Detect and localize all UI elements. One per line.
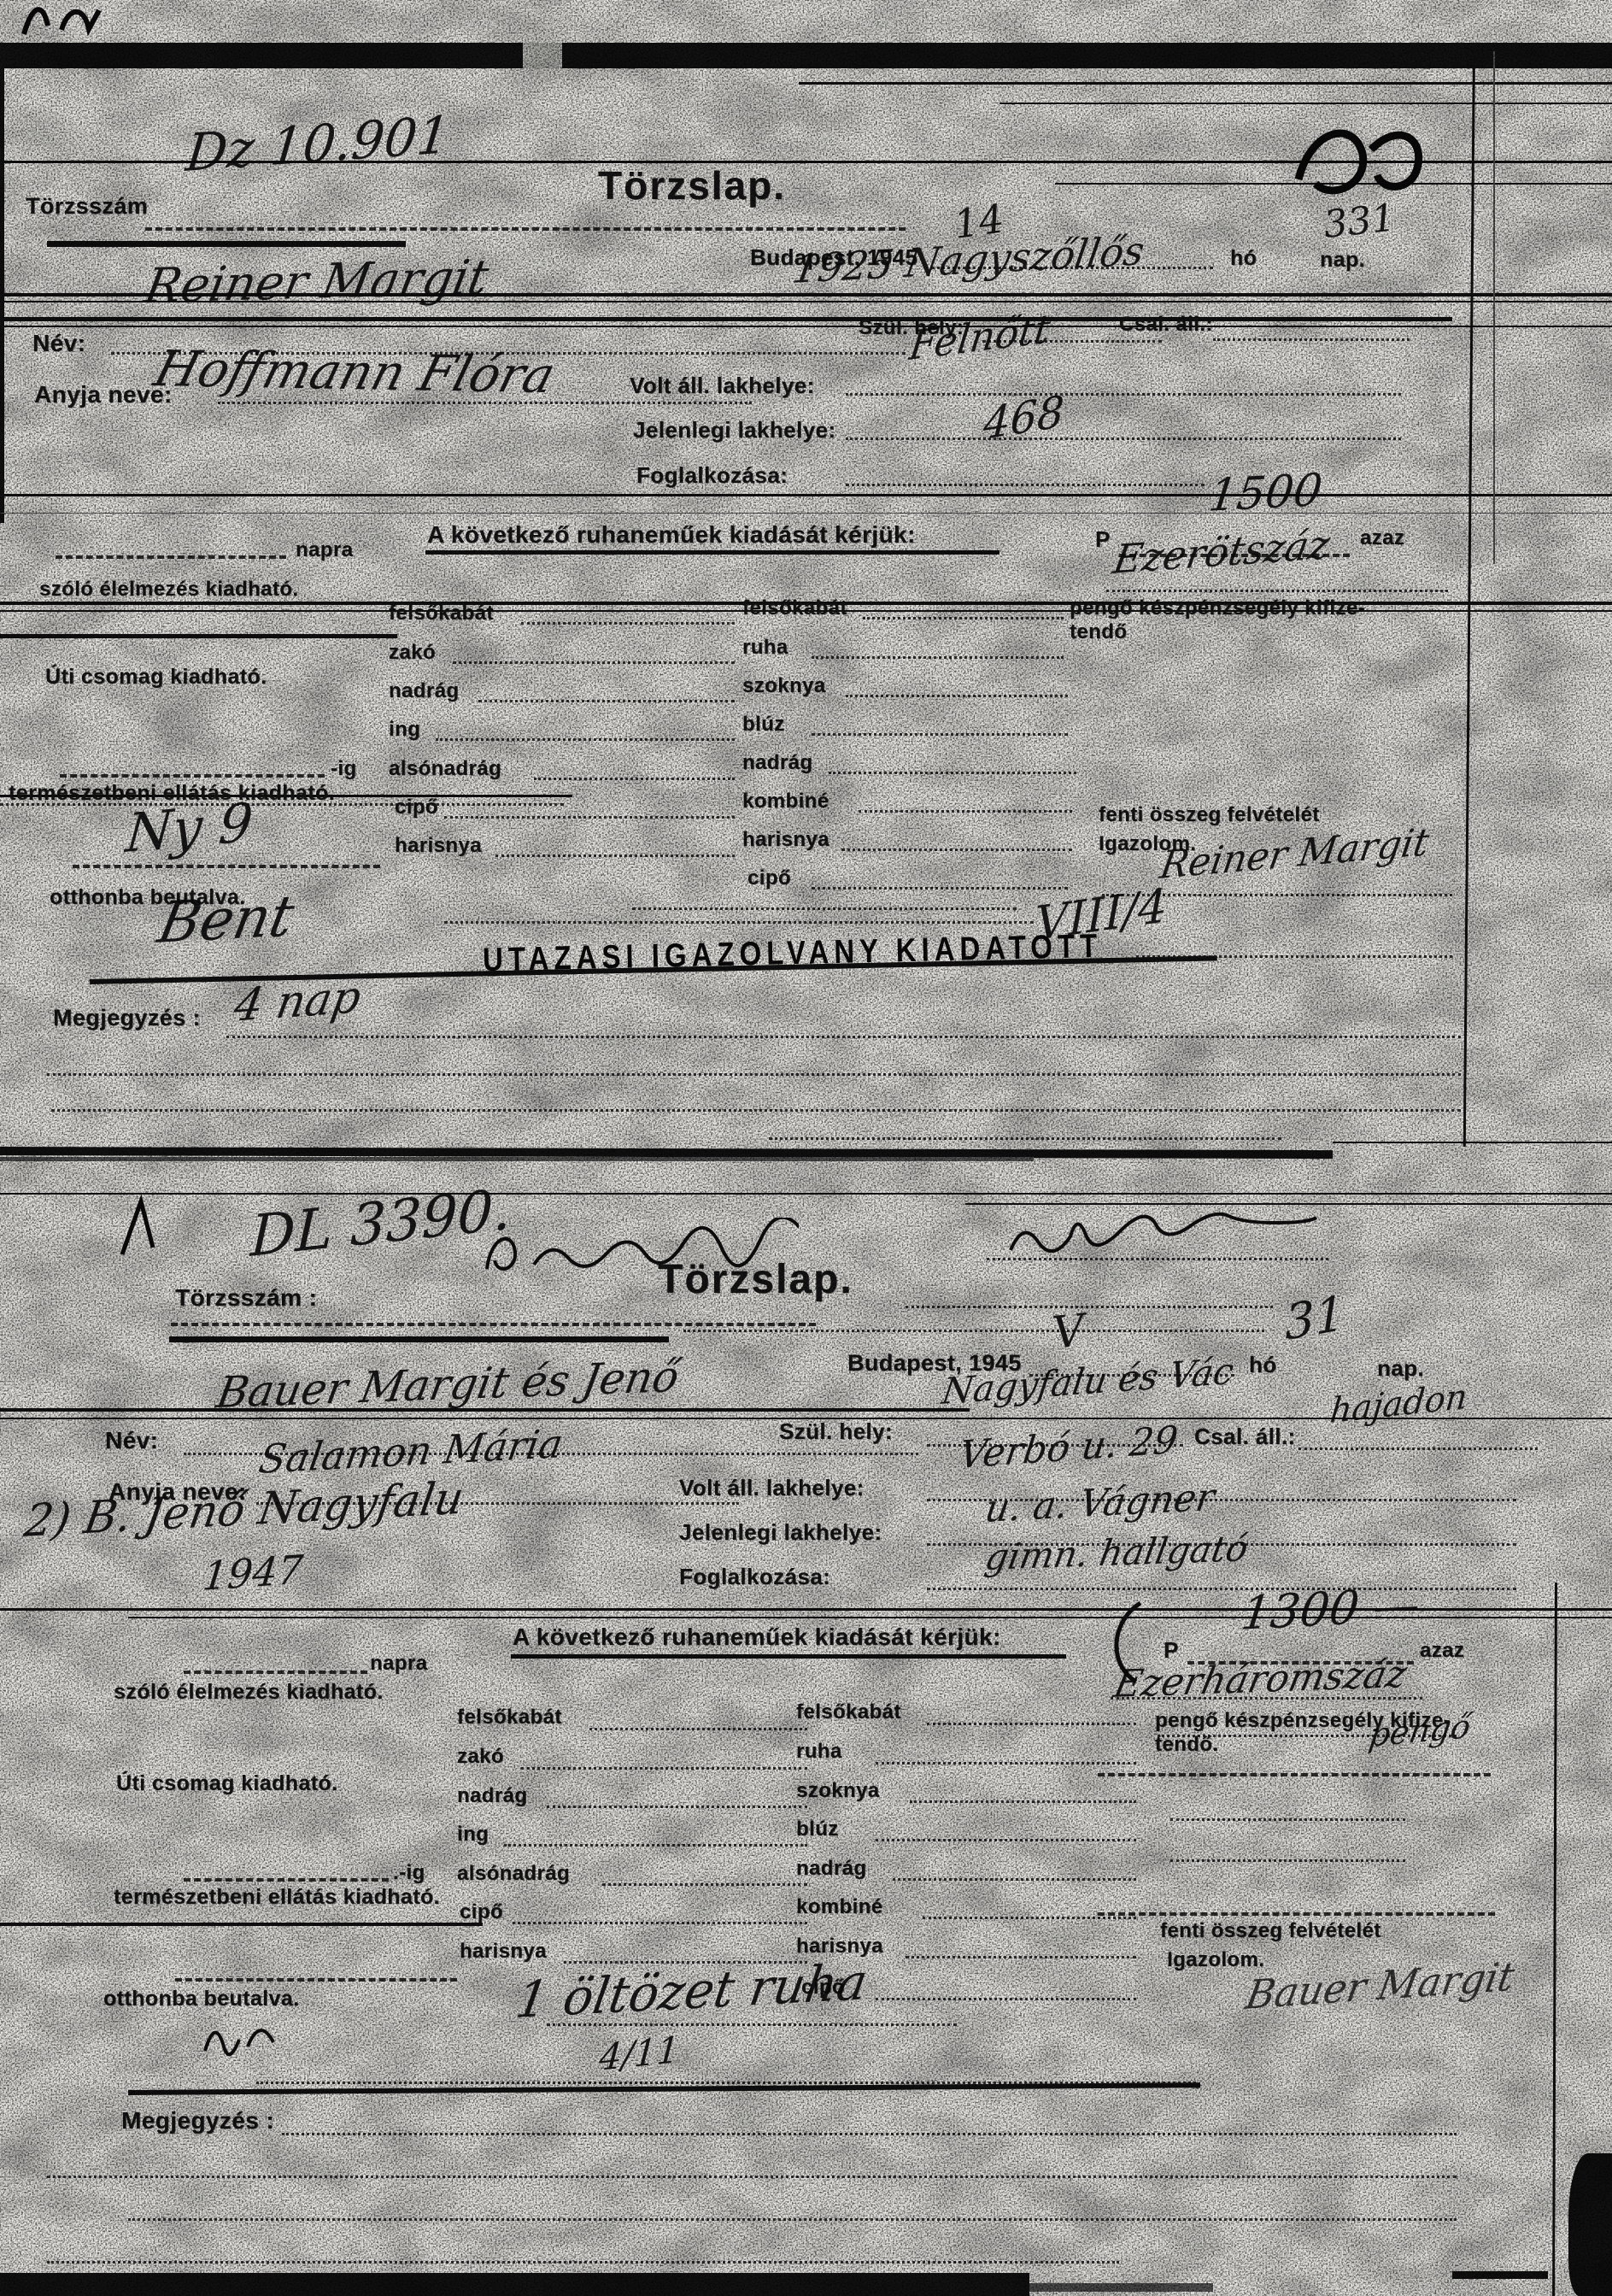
clothing-item: blúz [796,1819,839,1840]
form2-foglalkozas-value-handwriting: gimn. hallgató [982,1530,1251,1576]
form2-osszeg-betukkel-handwriting: Ezerháromszáz [1111,1656,1410,1704]
form1-p-label: P [1095,528,1111,550]
form2-szolo-label: szóló élelmezés kiadható. [114,1682,384,1703]
form1-jelenlegi-value-handwriting: 468 [982,390,1065,446]
form1-szolo-label: szóló élelmezés kiadható. [39,579,298,600]
clothing-item: cipő [460,1902,503,1923]
form1-jelenlegi-label: Jelenlegi lakhelye: [633,419,835,441]
form2-jelenlegi-label: Jelenlegi lakhelye: [679,1521,882,1543]
clothing-item: kombiné [796,1897,882,1917]
form2-jelenlegi-value-handwriting: u. a. Vágner [982,1479,1217,1529]
form2-illegible-note-mid [474,1218,799,1290]
bottom-scan-bar [0,2273,1029,2296]
form1-nev-value-handwriting: Reiner Margit [141,254,492,311]
form1-nev-label: Név: [32,332,85,355]
form1-ig-label: -ig [331,759,357,779]
clothing-item: nadrág [389,681,459,702]
form2-nev-label: Név: [105,1429,158,1453]
form2-masodik-ev-handwriting: 1947 [201,1549,305,1596]
form1-bent-handwriting: Bent [154,888,298,952]
form1-torzsszam-value-handwriting: Dz 10.901 [184,109,452,179]
clothing-item: cipő [395,797,438,818]
form1-fenti-line1: fenti összeg felvételét [1099,805,1320,825]
form2-p-label: P [1164,1639,1179,1661]
clothing-item: felsőkabát [796,1702,901,1723]
clothing-item: cipő [747,868,791,889]
corner-blob-bottomright [1568,2153,1612,2296]
form2-nap-handwriting: 31 [1284,1289,1345,1348]
form1-pengo-line1: pengő készpénzsegély kifize- [1070,598,1365,619]
form2-foglalkozas-label: Foglalkozása: [679,1565,830,1588]
form2-torzsszam-label: Törzsszám : [175,1286,317,1310]
form1-anyjaneve-value-handwriting: Hoffmann Flóra [149,344,560,400]
form1-voltlakhelye-label: Volt áll. lakhelye: [630,374,815,396]
form2-otthonba-value2-handwriting: 4/11 [598,2032,681,2076]
clothing-item: blúz [742,714,785,735]
form1-corner-number-handwriting: 331 [1322,199,1397,244]
corner-mark-topleft [17,0,128,43]
form1-megjegyzes-label: Megjegyzés : [53,1007,201,1030]
clothing-item: harisnya [742,830,829,850]
clothing-item: szoknya [742,676,826,696]
page-fold-line [1552,1583,1557,2296]
form2-alairas-handwriting: Bauer Margit [1243,1956,1517,2015]
clothing-item: nadrág [742,753,812,773]
form2-csalall-value-handwriting: hajadon [1328,1379,1469,1429]
clothing-item: ing [389,719,420,740]
clothing-item: ruha [742,637,788,658]
form2-megjegyzes-label: Megjegyzés : [121,2109,274,2133]
form1-torzsszam-label: Törzsszám [26,195,148,218]
clothing-item: zakó [457,1747,504,1767]
form2-anyjaneve-value-handwriting: Salamon Mária [256,1424,566,1479]
clothing-item: zakó [389,643,436,663]
form1-alairas-handwriting: Reiner Margit [1158,824,1432,885]
clothing-item: ruha [796,1741,842,1762]
form2-ig-label: .-ig [393,1863,425,1883]
page-fold-line [1463,50,1475,1147]
form1-azaz-label: azaz [1360,528,1404,549]
form2-ho-label: hó [1249,1354,1277,1376]
clothing-item: alsónadrág [457,1864,570,1884]
form2-osszeg-betukkel2-handwriting: pengő [1367,1710,1473,1752]
clothing-item: kombiné [742,791,829,812]
form2-csalall-label: Csal. áll.: [1194,1425,1296,1447]
form1-heading: A következő ruhaneműek kiadását kérjük: [427,523,916,547]
form2-voltlakhelye-value-handwriting: Verbó u. 29 [957,1422,1180,1475]
form1-nap-label: nap. [1320,250,1365,271]
form2-napra-label: napra [370,1653,427,1674]
top-scan-bar-gap [523,43,562,68]
form1-szulhely-value-handwriting: 1925 Nagyszőllős [790,231,1147,289]
form1-osszeg-betukkel-handwriting: Ezerötszáz [1111,525,1333,579]
form1-uti-label: Úti csomag kiadható. [45,666,267,688]
form2-ho-handwriting: V [1051,1308,1087,1356]
form2-otthonba-scribble [196,2004,290,2068]
form2-checkmark-handwriting [115,1195,175,1276]
form2-szulhely-label: Szül. hely: [779,1420,893,1442]
form2-azaz-label: azaz [1420,1641,1464,1661]
clothing-item: felsőkabát [742,598,847,619]
form2-otthonba-value-handwriting: 1 öltözet ruha [513,1957,870,2025]
clothing-item: felsőkabát [457,1707,562,1728]
form2-nev-value-handwriting: Bauer Margit és Jenő [214,1355,683,1414]
form2-voltlakhelye-label: Volt áll. lakhelye: [679,1477,865,1499]
form1-ho-label: hó [1230,248,1257,269]
form2-pengo-line2: tendő. [1155,1735,1218,1755]
clothing-item: harisnya [395,836,482,856]
clothing-item: nadrág [457,1786,527,1806]
form2-uti-label: Úti csomag kiadható. [116,1773,337,1794]
form2-osszeg-handwriting: 1300 — [1239,1582,1422,1637]
form2-fenti-line2: Igazolom. [1167,1950,1264,1970]
form2-termeszetbeni-label: természetbeni ellátás kiadható. [114,1887,440,1908]
form1-osszeg-handwriting: 1500 [1206,468,1325,519]
clothing-item: szoknya [796,1781,880,1801]
form1-csalall-label: Csal. áll.: [1119,314,1213,335]
clothing-item: harisnya [460,1941,547,1962]
clothing-item: felsőkabát [389,603,494,624]
form1-ny-handwriting: Ny 9 [124,796,255,860]
clothing-item: ing [457,1824,489,1845]
form2-illegible-note-right [1004,1203,1328,1267]
form1-megjegyzes-handwriting: 4 nap [231,975,364,1029]
form1-napra-label: napra [296,540,353,561]
clothing-item: alsónadrág [389,759,501,779]
form1-travel-permit-stamp: UTAZASI IGAZOLVANY KIADATOTT [483,929,1103,976]
form1-pengo-line2: tendő [1070,622,1127,643]
form2-nap-label: nap. [1377,1357,1424,1379]
left-paper-edge [0,44,4,523]
form2-fenti-line1: fenti összeg felvételét [1160,1921,1381,1941]
top-scan-bar [0,43,1612,68]
form1-title: Törzslap. [598,166,786,205]
form2-masodik-szemely-handwriting: 2) B. Jenő Nagyfalu [21,1477,466,1544]
form2-heading: A következő ruhaneműek kiadását kérjük: [513,1625,1001,1649]
scanned-document-page: Törzsszám Dz 10.901 Törzslap. 331 Budape… [0,0,1612,2296]
form1-foglalkozas-label: Foglalkozása: [636,464,788,486]
clothing-item: nadrág [796,1859,866,1879]
